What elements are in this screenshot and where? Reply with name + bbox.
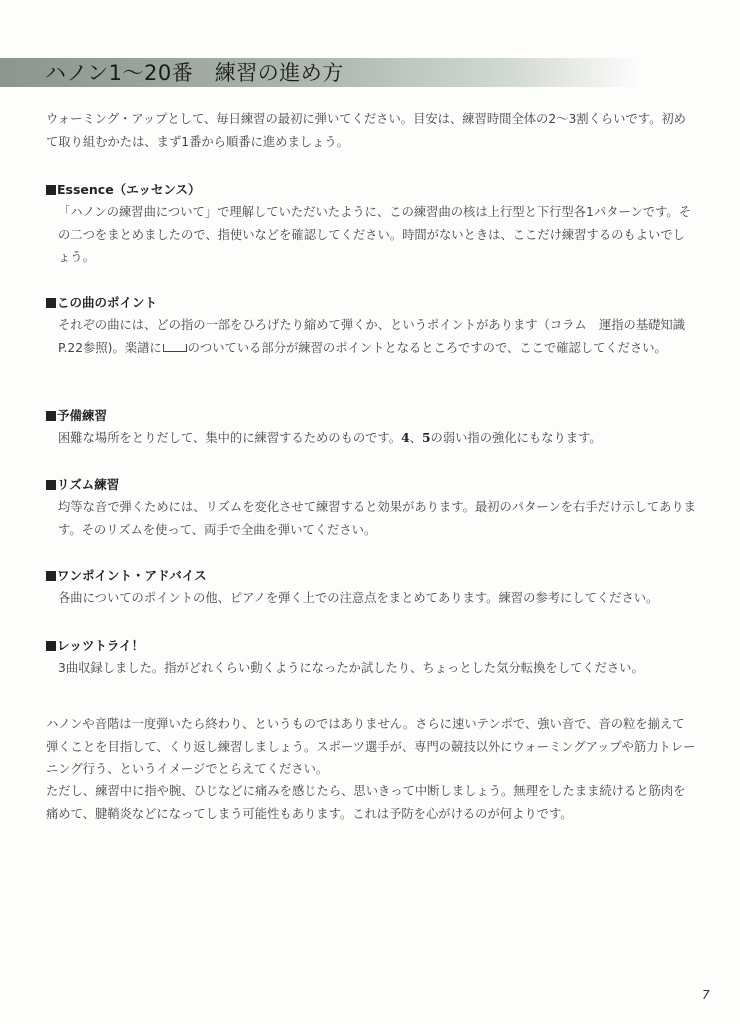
- section-preparatory: 予備練習 困難な場所をとりだして、集中的に練習するためのものです。4、5の弱い指…: [46, 406, 696, 450]
- section-heading: 予備練習: [46, 406, 696, 426]
- section-body: 「ハノンの練習曲について」で理解していただいたように、この練習曲の核は上行型と下…: [46, 201, 696, 269]
- section-heading: この曲のポイント: [46, 293, 696, 313]
- section-point: この曲のポイント それぞの曲には、どの指の一部をひろげたり縮めて弾くか、というポ…: [46, 293, 696, 359]
- section-body-text: のついている部分が練習のポイントとなるところですので、ここで確認してください。: [188, 341, 667, 355]
- section-heading: レッツトライ！: [46, 636, 696, 656]
- section-body: 困難な場所をとりだして、集中的に練習するためのものです。4、5の弱い指の強化にも…: [46, 427, 696, 450]
- closing-paragraph: ハノンや音階は一度弾いたら終わり、というものではありません。さらに速いテンポで、…: [46, 713, 696, 781]
- black-square-icon: [46, 480, 56, 490]
- section-rhythm: リズム練習 均等な音で弾くためには、リズムを変化させて練習すると効果があります。…: [46, 475, 696, 541]
- page-number: 7: [702, 988, 710, 1002]
- black-square-icon: [46, 571, 56, 581]
- black-square-icon: [46, 298, 56, 308]
- section-heading-label: ワンポイント・アドバイス: [57, 566, 207, 586]
- black-square-icon: [46, 411, 56, 421]
- closing-paragraph-warning: ただし、練習中に指や腕、ひじなどに痛みを感じたら、思いきって中断しましょう。無理…: [46, 780, 696, 825]
- section-body: それぞの曲には、どの指の一部をひろげたり縮めて弾くか、というポイントがあります（…: [46, 314, 696, 359]
- section-advice: ワンポイント・アドバイス 各曲についてのポイントの他、ピアノを弾く上での注意点を…: [46, 566, 696, 610]
- finger-number: 4: [401, 430, 410, 445]
- section-heading-label: Essence（エッセンス）: [57, 180, 201, 200]
- page-title: ハノン1～20番 練習の進め方: [45, 60, 344, 86]
- section-body: 各曲についてのポイントの他、ピアノを弾く上での注意点をまとめてあります。練習の参…: [46, 587, 696, 610]
- black-square-icon: [46, 641, 56, 651]
- section-body-text: の弱い指の強化にもなります。: [431, 431, 602, 445]
- section-heading-label: レッツトライ！: [57, 636, 144, 656]
- section-heading: Essence（エッセンス）: [46, 180, 696, 200]
- finger-number: 5: [422, 430, 431, 445]
- bracket-mark-icon: [163, 344, 187, 352]
- black-square-icon: [46, 185, 56, 195]
- intro-paragraph: ウォーミング・アップとして、毎日練習の最初に弾いてください。目安は、練習時間全体…: [46, 108, 696, 153]
- section-lets-try: レッツトライ！ 3曲収録しました。指がどれくらい動くようになったか試したり、ちょ…: [46, 636, 696, 680]
- separator: 、: [410, 431, 422, 445]
- section-heading-label: リズム練習: [57, 475, 119, 495]
- section-essence: Essence（エッセンス） 「ハノンの練習曲について」で理解していただいたよう…: [46, 180, 696, 269]
- section-heading: ワンポイント・アドバイス: [46, 566, 696, 586]
- section-heading: リズム練習: [46, 475, 696, 495]
- section-body: 3曲収録しました。指がどれくらい動くようになったか試したり、ちょっとした気分転換…: [46, 657, 696, 680]
- section-heading-label: 予備練習: [57, 406, 107, 426]
- section-body-text: 困難な場所をとりだして、集中的に練習するためのものです。: [58, 431, 401, 445]
- section-body: 均等な音で弾くためには、リズムを変化させて練習すると効果があります。最初のパター…: [46, 496, 696, 541]
- section-heading-label: この曲のポイント: [57, 293, 157, 313]
